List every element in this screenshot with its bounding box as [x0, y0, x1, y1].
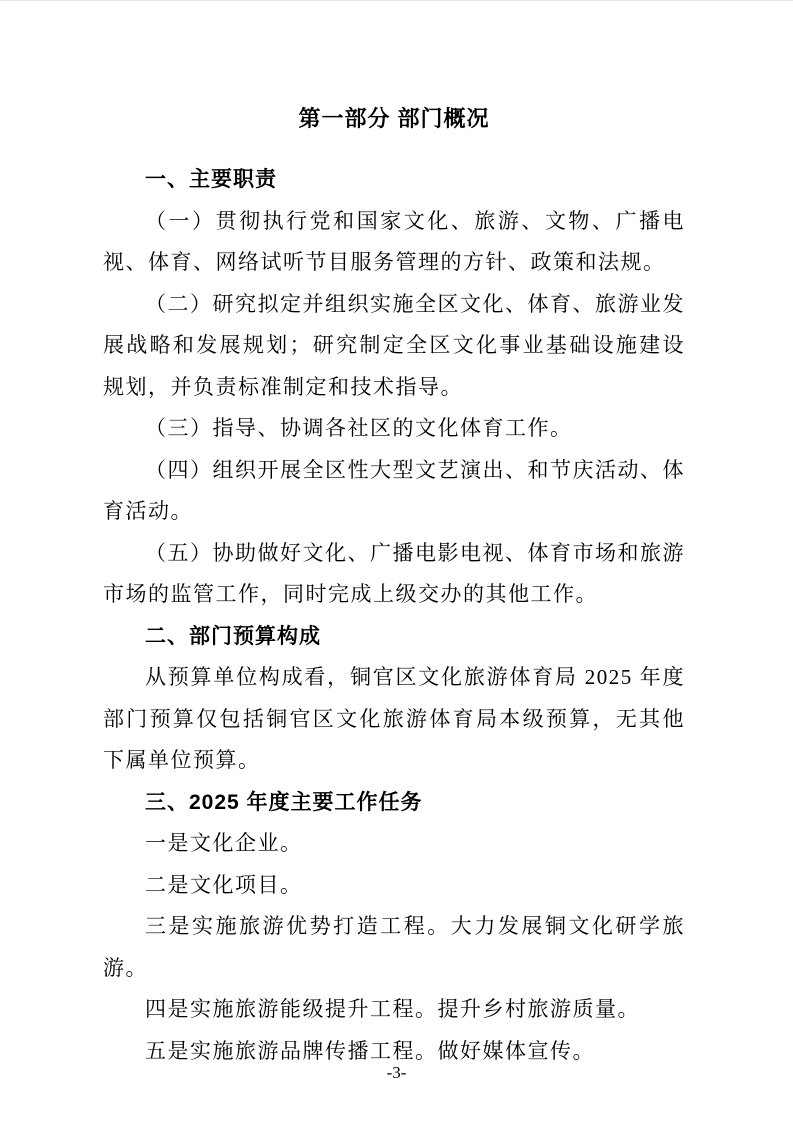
- paragraph: （一）贯彻执行党和国家文化、旅游、文物、广播电视、体育、网络试听节目服务管理的方…: [103, 201, 685, 284]
- page-title: 第一部分 部门概况: [103, 98, 685, 140]
- section-heading-main-duties: 一、主要职责: [103, 159, 685, 201]
- section-heading-2025-tasks: 三、2025 年度主要工作任务: [103, 782, 685, 824]
- document-body: 第一部分 部门概况 一、主要职责 （一）贯彻执行党和国家文化、旅游、文物、广播电…: [103, 98, 685, 1072]
- paragraph: （三）指导、协调各社区的文化体育工作。: [103, 408, 685, 450]
- paragraph: 从预算单位构成看，铜官区文化旅游体育局 2025 年度部门预算仅包括铜官区文化旅…: [103, 657, 685, 782]
- page-number: -3-: [0, 1061, 793, 1085]
- section-heading-budget-composition: 二、部门预算构成: [103, 616, 685, 658]
- document-page: 第一部分 部门概况 一、主要职责 （一）贯彻执行党和国家文化、旅游、文物、广播电…: [0, 0, 793, 1122]
- paragraph: 二是文化项目。: [103, 865, 685, 907]
- paragraph: （二）研究拟定并组织实施全区文化、体育、旅游业发展战略和发展规划；研究制定全区文…: [103, 284, 685, 409]
- paragraph: 一是文化企业。: [103, 823, 685, 865]
- paragraph: （五）协助做好文化、广播电影电视、体育市场和旅游市场的监管工作，同时完成上级交办…: [103, 533, 685, 616]
- paragraph: 三是实施旅游优势打造工程。大力发展铜文化研学旅游。: [103, 906, 685, 989]
- paragraph: 四是实施旅游能级提升工程。提升乡村旅游质量。: [103, 989, 685, 1031]
- paragraph: （四）组织开展全区性大型文艺演出、和节庆活动、体育活动。: [103, 450, 685, 533]
